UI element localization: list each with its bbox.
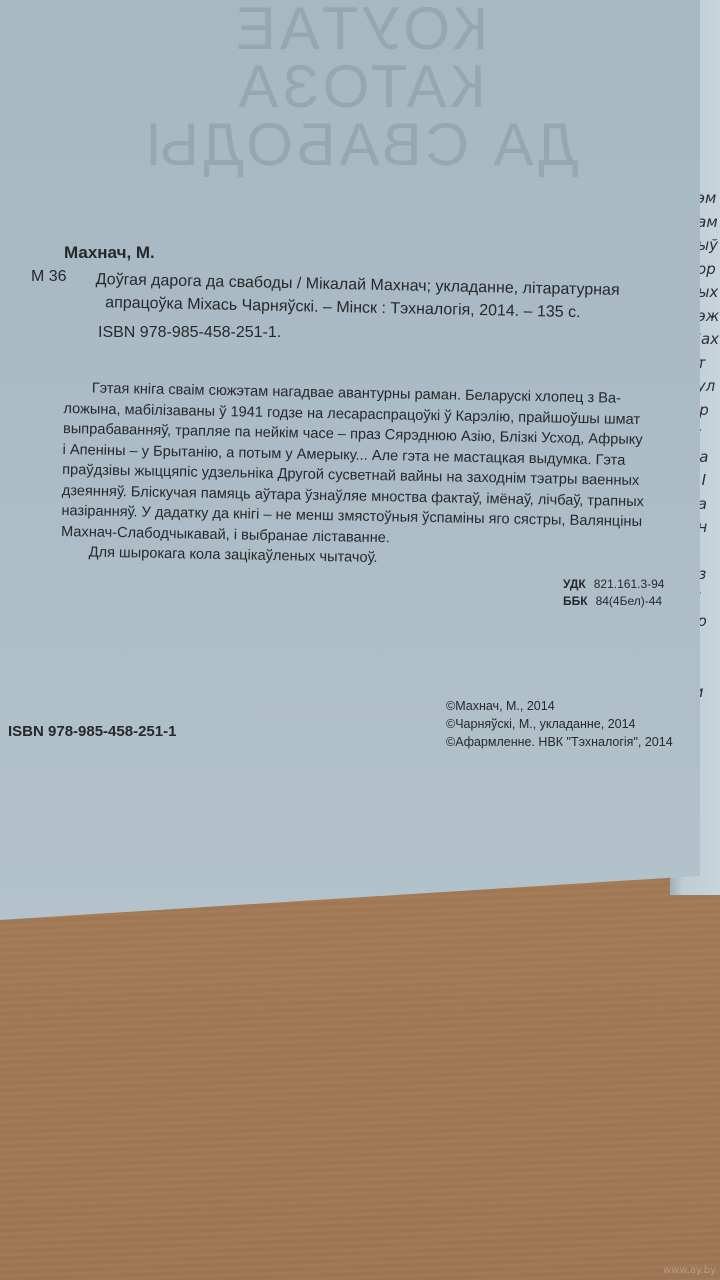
copyright-notices: Махнач, М., 2014 Чарняўскі, М., укладанн…	[446, 697, 673, 751]
bbk-value: 84(4Бел)-44	[596, 593, 663, 610]
annotation-text: Гэтая кніга сваім сюжэтам нагадвае авант…	[61, 378, 664, 553]
watermark: www.ay.by	[663, 1265, 716, 1276]
ghost-title-line: КАТОЗА	[140, 58, 580, 116]
classification-codes: УДК 821.161.3-94 ББК 84(4Бел)-44	[563, 576, 664, 610]
bbk-row: ББК 84(4Бел)-44	[563, 593, 664, 610]
book-page: КОУТАЕКАТОЗАДА СВАБОДЫ Махнач, М. М 36 Д…	[0, 0, 700, 920]
copyright-line: Афармленне. НВК "Тэхналогія", 2014	[446, 733, 673, 751]
ghost-title-line: КОУТАЕ	[140, 0, 580, 58]
udk-label: УДК	[563, 576, 586, 593]
copyright-line: Чарняўскі, М., укладанне, 2014	[446, 715, 673, 733]
udk-row: УДК 821.161.3-94	[563, 576, 664, 593]
bbk-label: ББК	[563, 593, 588, 610]
catalog-code: М 36	[31, 268, 67, 286]
catalog-isbn: ISBN 978-985-458-251-1.	[98, 324, 281, 342]
ghost-title-line: ДА СВАБОДЫ	[140, 116, 580, 174]
catalog-author: Махнач, М.	[64, 243, 155, 263]
bibliographic-description: Доўгая дарога да свабоды / Мікалай Махна…	[95, 268, 666, 326]
udk-value: 821.161.3-94	[594, 576, 665, 593]
isbn-bottom: ISBN 978-985-458-251-1	[8, 723, 176, 740]
annotation: Гэтая кніга сваім сюжэтам нагадвае авант…	[60, 378, 663, 574]
bleed-through-title: КОУТАЕКАТОЗАДА СВАБОДЫ	[140, 0, 580, 174]
copyright-line: Махнач, М., 2014	[446, 697, 673, 715]
